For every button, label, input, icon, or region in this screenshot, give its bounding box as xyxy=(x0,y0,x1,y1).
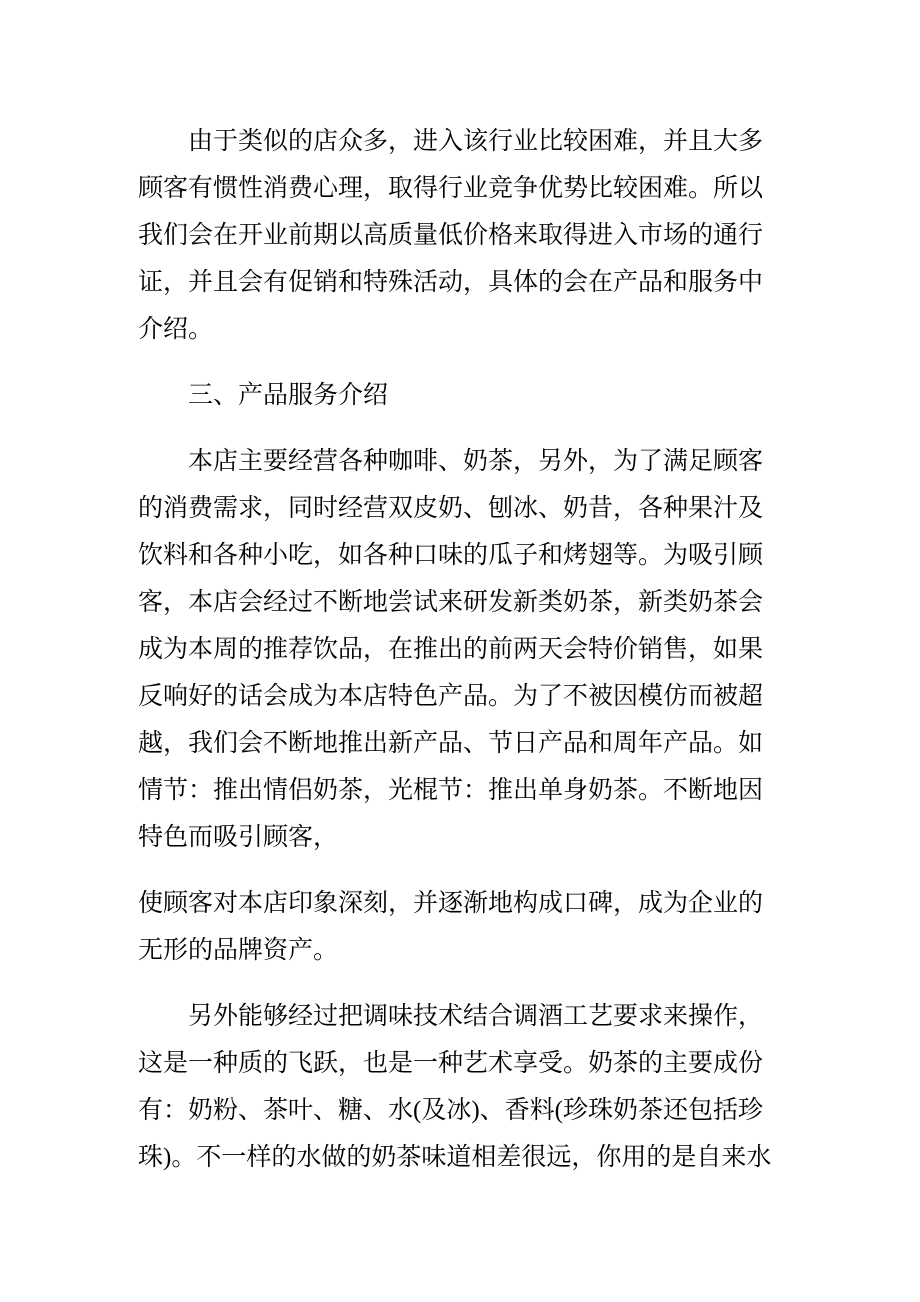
paragraph: 另外能够经过把调味技术结合调酒工艺要求来操作， 这是一种质的飞跃，也是一种艺术享… xyxy=(138,993,760,1181)
text-line: 另外能够经过把调味技术结合调酒工艺要求来操作， xyxy=(138,993,760,1040)
text-line: 反响好的话会成为本店特色产品。为了不被因模仿而被超 xyxy=(138,673,760,720)
paragraph: 由于类似的店众多，进入该行业比较困难，并且大多 顾客有惯性消费心理，取得行业竞争… xyxy=(138,118,760,353)
section-heading: 三、产品服务介绍 xyxy=(138,372,760,419)
text-line: 我们会在开业前期以高质量低价格来取得进入市场的通行 xyxy=(138,212,760,259)
text-line: 由于类似的店众多，进入该行业比较困难，并且大多 xyxy=(138,118,760,165)
paragraph: 本店主要经营各种咖啡、奶茶，另外，为了满足顾客 的消费需求，同时经营双皮奶、刨冰… xyxy=(138,438,760,861)
text-line: 介绍。 xyxy=(138,306,760,353)
paragraph: 使顾客对本店印象深刻，并逐渐地构成口碑，成为企业的 无形的品牌资产。 xyxy=(138,880,760,974)
text-line: 饮料和各种小吃，如各种口味的瓜子和烤翅等。为吸引顾 xyxy=(138,532,760,579)
text-line: 成为本周的推荐饮品，在推出的前两天会特价销售，如果 xyxy=(138,626,760,673)
text-line: 有：奶粉、茶叶、糖、水(及冰)、香料(珍珠奶茶还包括珍 xyxy=(138,1087,760,1134)
text-line: 本店主要经营各种咖啡、奶茶，另外，为了满足顾客 xyxy=(138,438,760,485)
text-line: 这是一种质的飞跃，也是一种艺术享受。奶茶的主要成份 xyxy=(138,1040,760,1087)
text-line: 越，我们会不断地推出新产品、节日产品和周年产品。如 xyxy=(138,720,760,767)
text-line: 证，并且会有促销和特殊活动，具体的会在产品和服务中 xyxy=(138,259,760,306)
text-line: 使顾客对本店印象深刻，并逐渐地构成口碑，成为企业的 xyxy=(138,880,760,927)
document-text-body: 由于类似的店众多，进入该行业比较困难，并且大多 顾客有惯性消费心理，取得行业竞争… xyxy=(138,118,760,1181)
text-line: 情节：推出情侣奶茶，光棍节：推出单身奶茶。不断地因 xyxy=(138,767,760,814)
text-line: 特色而吸引顾客， xyxy=(138,814,760,861)
section-heading-text: 三、产品服务介绍 xyxy=(138,372,760,419)
text-line: 珠)。不一样的水做的奶茶味道相差很远，你用的是自来水 xyxy=(138,1134,760,1181)
text-line: 顾客有惯性消费心理，取得行业竞争优势比较困难。所以 xyxy=(138,165,760,212)
text-line: 客，本店会经过不断地尝试来研发新类奶茶，新类奶茶会 xyxy=(138,579,760,626)
document-page: 由于类似的店众多，进入该行业比较困难，并且大多 顾客有惯性消费心理，取得行业竞争… xyxy=(0,0,920,1302)
text-line: 的消费需求，同时经营双皮奶、刨冰、奶昔，各种果汁及 xyxy=(138,485,760,532)
text-line: 无形的品牌资产。 xyxy=(138,927,760,974)
